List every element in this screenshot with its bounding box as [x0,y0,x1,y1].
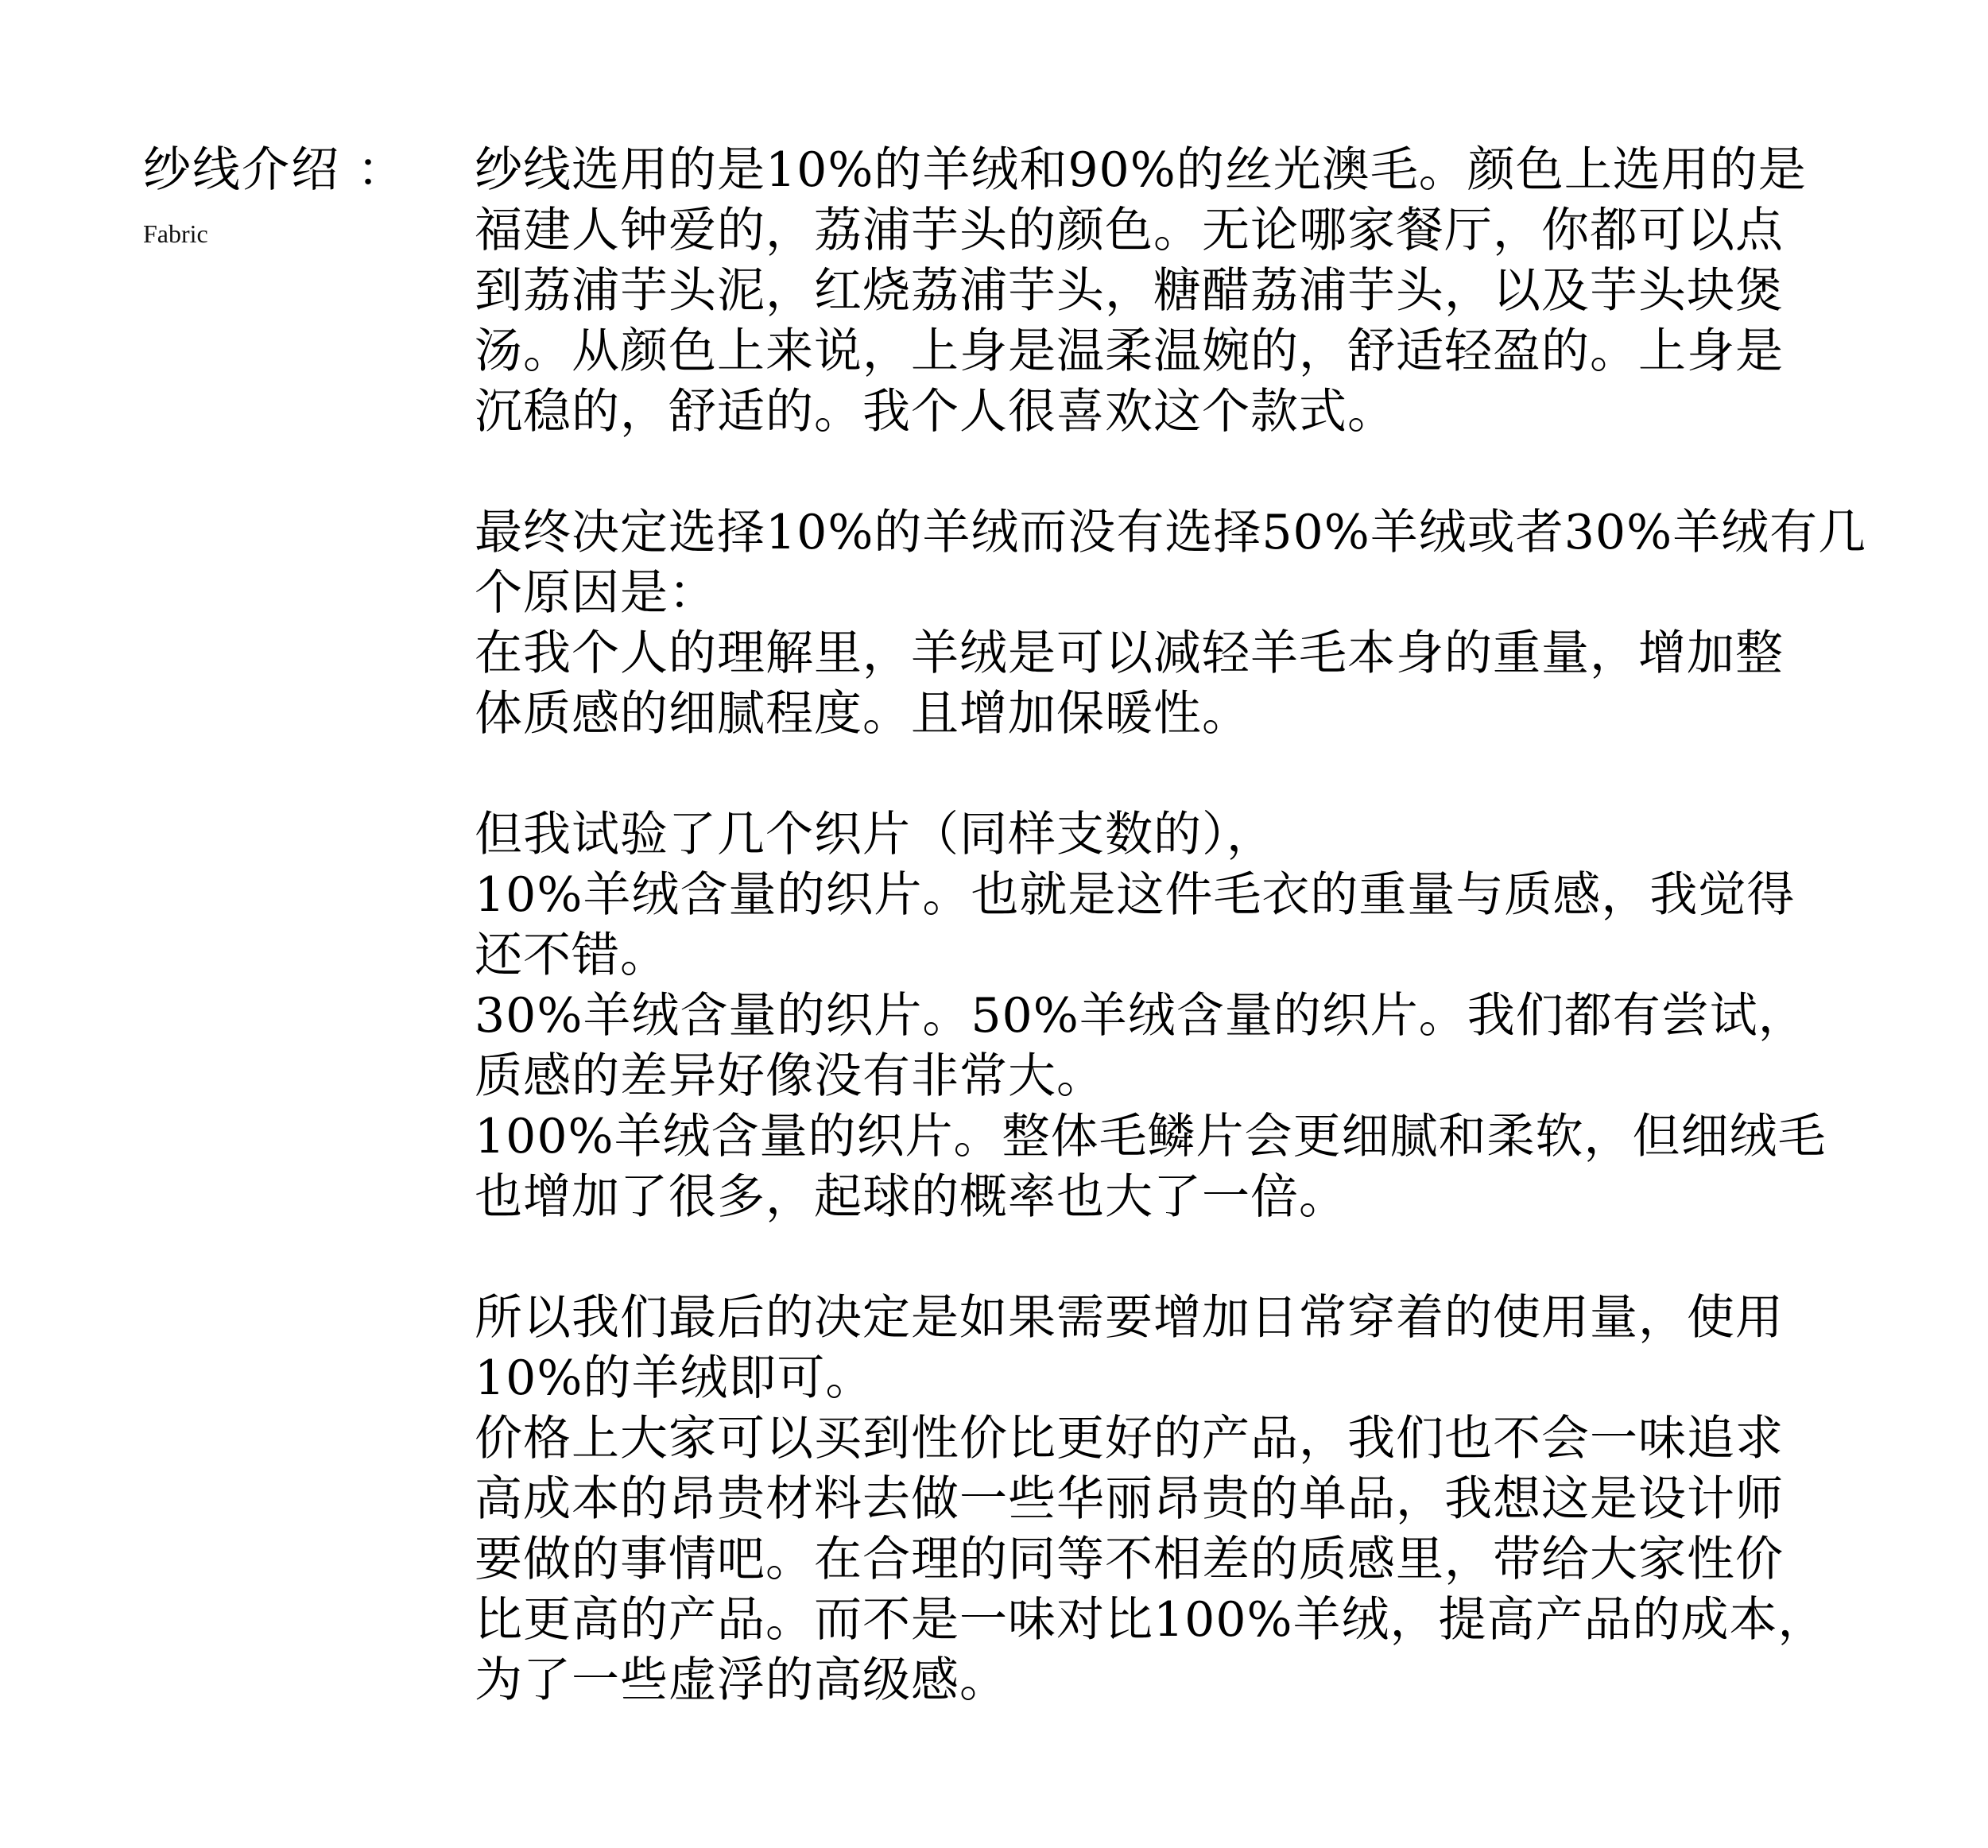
text-line: 30%羊绒含量的织片。50%羊绒含量的织片。我们都有尝试， [475,986,1874,1046]
paragraph-yarn-intro: 纱线选用的是10%的羊绒和90%的丝光澳毛。颜色上选用的是 福建人钟爱的，荔浦芋… [475,140,1874,442]
text-line: 100%羊绒含量的织片。整体毛鳞片会更细腻和柔软，但细绒毛 [475,1106,1874,1167]
section-header: 纱线介绍 ： Fabric [143,140,406,250]
text-line: 价格上大家可以买到性价比更好的产品，我们也不会一味追求 [475,1408,1874,1469]
text-line: 所以我们最后的决定是如果需要增加日常穿着的使用量，使用 [475,1288,1874,1348]
text-line: 10%羊绒含量的织片。也就是这件毛衣的重量与质感，我觉得 [475,865,1874,925]
text-line: 高成本的昂贵材料去做一些华丽昂贵的单品，我想这是设计师 [475,1469,1874,1529]
text-line: 10%的羊绒即可。 [475,1348,1874,1408]
paragraph-swatch-tests: 但我试验了几个织片（同样支数的）， 10%羊绒含量的织片。也就是这件毛衣的重量与… [475,804,1874,1227]
text-line: 还不错。 [475,925,1874,986]
text-line: 到荔浦芋头泥，红烧荔浦芋头，糖醋荔浦芋头，以及芋头块煲 [475,261,1874,321]
paragraph-decision-reasons: 最终决定选择10%的羊绒而没有选择50%羊绒或者30%羊绒有几 个原因是： 在我… [475,502,1874,744]
text-line: 沉稳的，舒适的。我个人很喜欢这个款式。 [475,382,1874,442]
paragraph-conclusion: 所以我们最后的决定是如果需要增加日常穿着的使用量，使用 10%的羊绒即可。 价格… [475,1288,1874,1710]
text-line: 纱线选用的是10%的羊绒和90%的丝光澳毛。颜色上选用的是 [475,140,1874,200]
body-text: 纱线选用的是10%的羊绒和90%的丝光澳毛。颜色上选用的是 福建人钟爱的，荔浦芋… [475,140,1874,1771]
text-line: 最终决定选择10%的羊绒而没有选择50%羊绒或者30%羊绒有几 [475,502,1874,563]
text-line: 体质感的细腻程度。且增加保暖性。 [475,684,1874,744]
text-line: 但我试验了几个织片（同样支数的）， [475,804,1874,865]
text-line: 在我个人的理解里，羊绒是可以减轻羊毛本身的重量，增加整 [475,623,1874,684]
text-line: 也增加了很多，起球的概率也大了一倍。 [475,1167,1874,1227]
text-line: 为了一些虚浮的高级感。 [475,1650,1874,1710]
text-line: 汤。从颜色上来说，上身是温柔温婉的，舒适轻盈的。上身是 [475,321,1874,382]
text-line: 福建人钟爱的，荔浦芋头的颜色。无论哪家餐厅，你都可以点 [475,200,1874,261]
text-line: 比更高的产品。而不是一味对比100%羊绒，提高产品的成本， [475,1590,1874,1650]
section-title: 纱线介绍 ： [143,140,406,200]
text-line: 要做的事情吧。在合理的同等不相差的质感里，带给大家性价 [475,1529,1874,1590]
text-line: 质感的差异好像没有非常大。 [475,1046,1874,1106]
section-subtitle: Fabric [143,218,406,250]
text-line: 个原因是： [475,563,1874,623]
